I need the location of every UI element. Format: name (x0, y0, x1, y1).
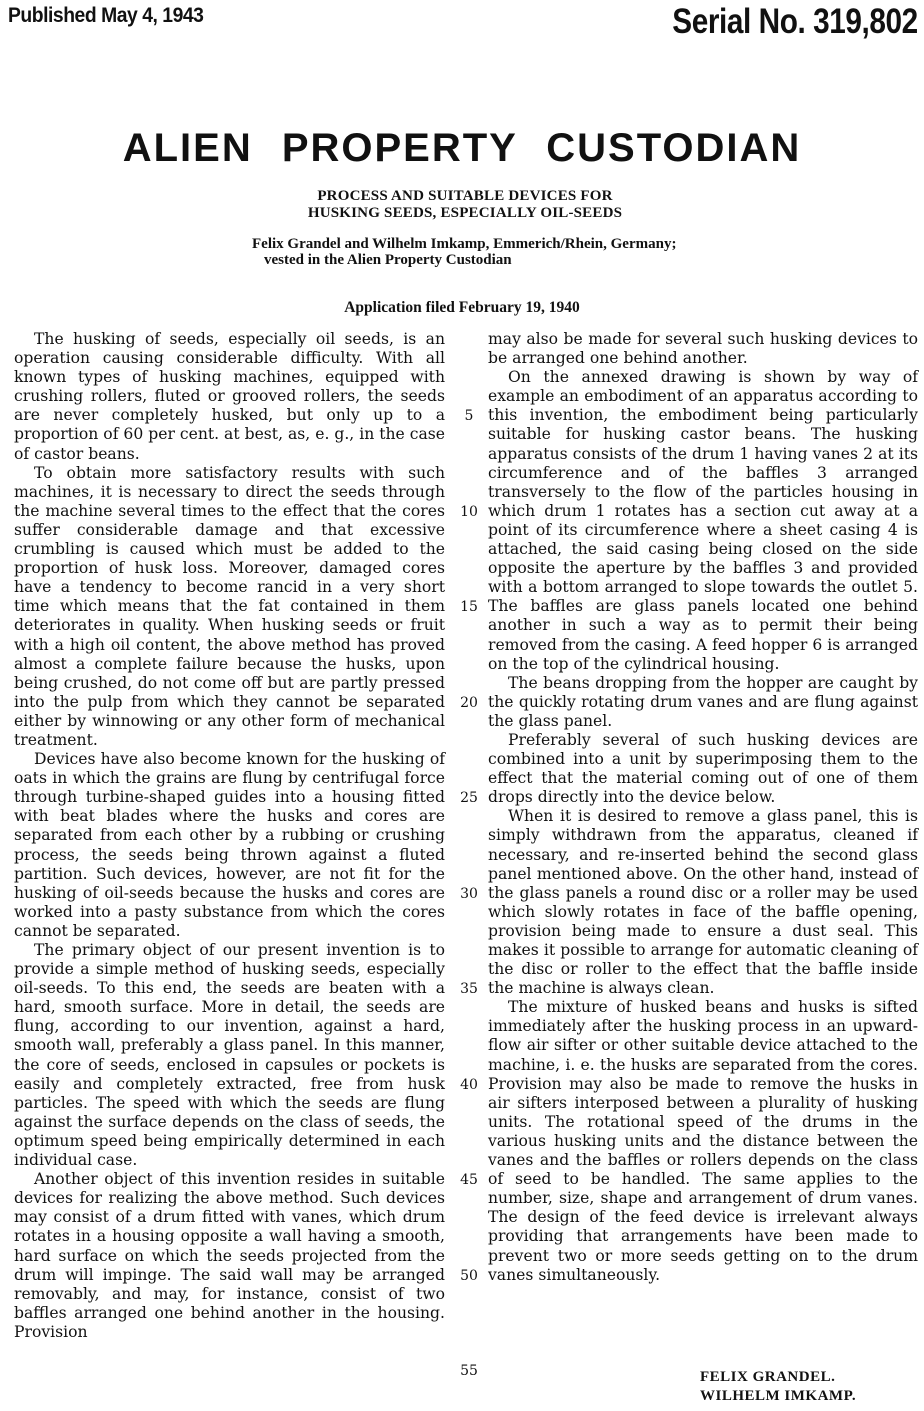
paragraph: When it is desired to remove a glass pan… (488, 807, 918, 998)
paragraph: Another object of this invention resides… (14, 1170, 445, 1342)
paragraph: On the annexed drawing is shown by way o… (488, 368, 918, 674)
subtitle-line-2: HUSKING SEEDS, ESPECIALLY OIL-SEEDS (240, 205, 690, 222)
document-title: ALIEN PROPERTY CUSTODIAN (0, 126, 924, 171)
published-date: Published May 4, 1943 (8, 4, 203, 28)
line-number: 5 (452, 407, 486, 426)
paragraph: The beans dropping from the hopper are c… (488, 674, 918, 731)
paragraph: The mixture of husked beans and husks is… (488, 998, 918, 1284)
signature-name-2: WILHELM IMKAMP. (700, 1387, 856, 1406)
paragraph: Devices have also become known for the h… (14, 750, 445, 941)
line-number: 35 (452, 980, 486, 999)
subtitle-line-1: PROCESS AND SUITABLE DEVICES FOR (240, 188, 690, 205)
paragraph: Preferably several of such husking devic… (488, 731, 918, 807)
serial-number: Serial No. 319,802 (673, 2, 918, 42)
signature-block: FELIX GRANDEL. WILHELM IMKAMP. (700, 1368, 856, 1406)
application-filed-date: Application filed February 19, 1940 (0, 299, 924, 317)
line-number: 40 (452, 1076, 486, 1095)
paragraph: The husking of seeds, especially oil see… (14, 330, 445, 464)
line-number: 30 (452, 885, 486, 904)
patent-subtitle: PROCESS AND SUITABLE DEVICES FOR HUSKING… (240, 188, 690, 222)
inventors-line: Felix Grandel and Wilhelm Imkamp, Emmeri… (252, 236, 704, 268)
paragraph-continuation: may also be made for several such huskin… (488, 330, 918, 368)
line-number: 25 (452, 789, 486, 808)
line-number: 10 (452, 503, 486, 522)
line-number: 15 (452, 598, 486, 617)
signature-name-1: FELIX GRANDEL. (700, 1368, 856, 1387)
paragraph: To obtain more satisfactory results with… (14, 464, 445, 750)
left-column: The husking of seeds, especially oil see… (14, 330, 445, 1342)
line-number: 55 (452, 1362, 486, 1381)
line-number: 50 (452, 1267, 486, 1286)
line-number: 20 (452, 694, 486, 713)
line-number: 45 (452, 1171, 486, 1190)
paragraph: The primary object of our present invent… (14, 941, 445, 1170)
right-column: may also be made for several such huskin… (488, 330, 918, 1285)
